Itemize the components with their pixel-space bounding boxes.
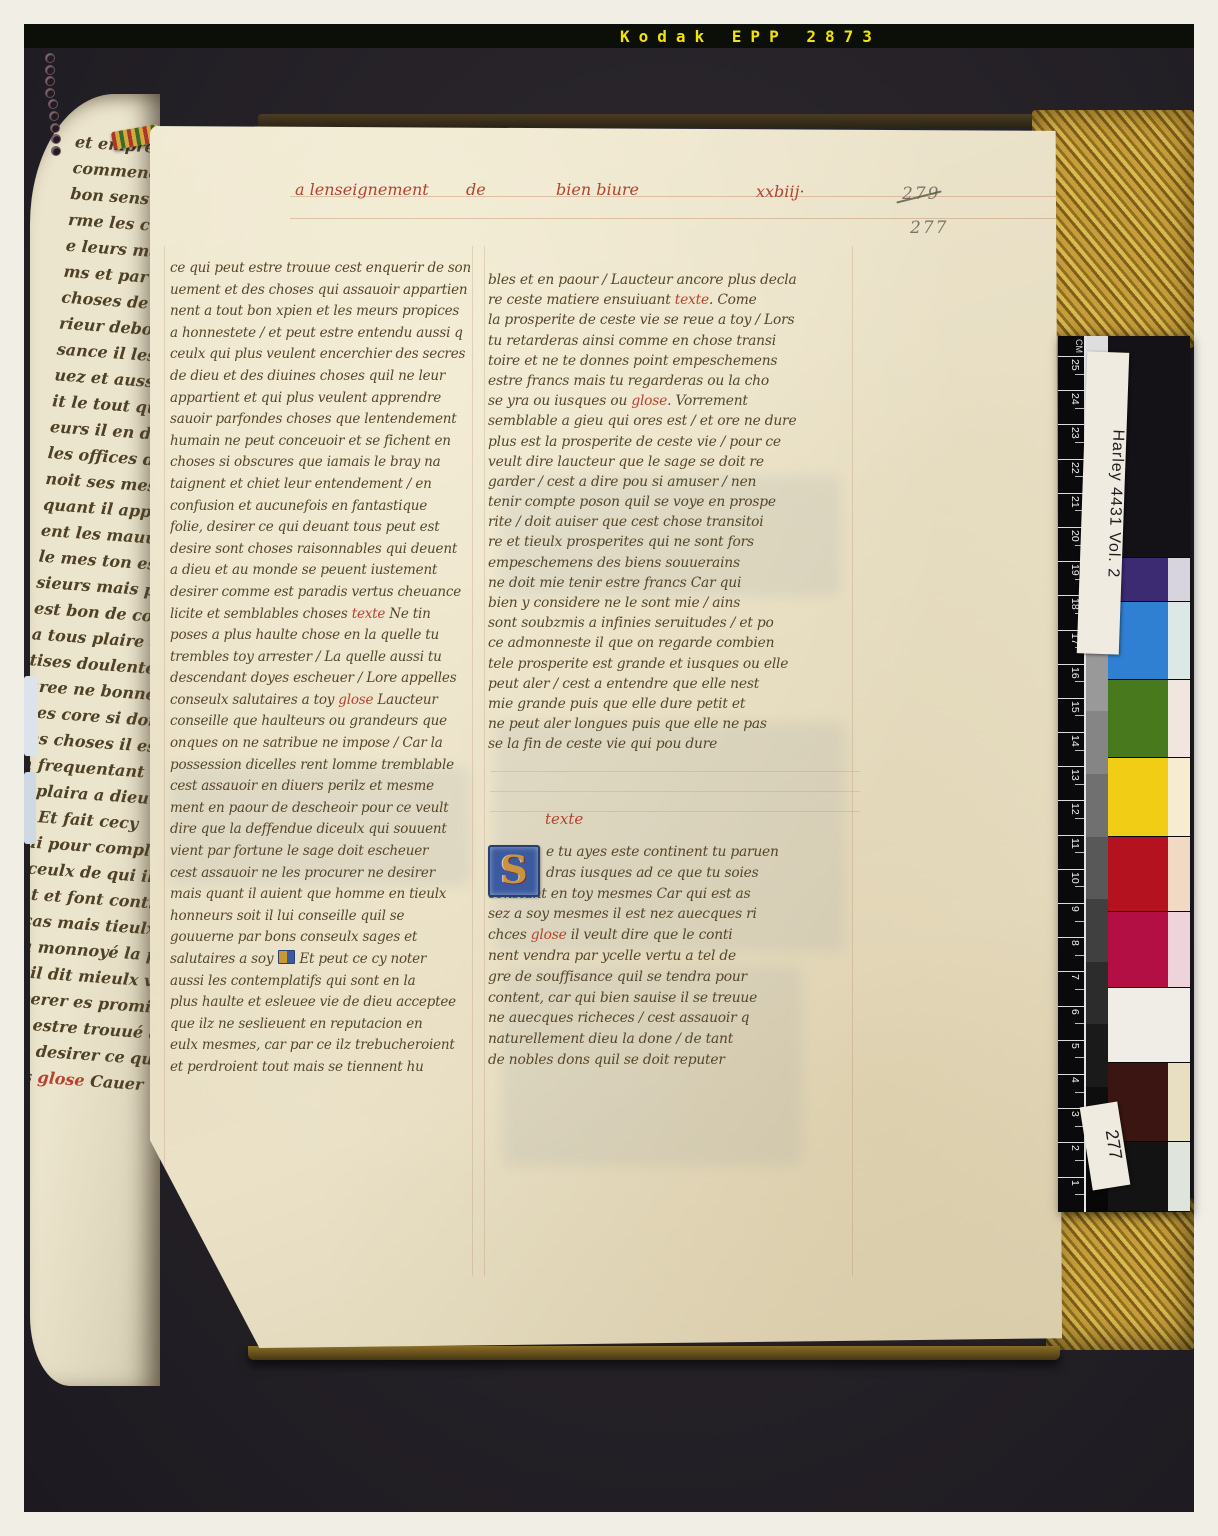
ruler-number: 20: [1069, 530, 1081, 542]
line-text: tele prosperite est grande et iusques ou…: [488, 656, 788, 672]
cm-ruler: CM 2524232221201918171615141312111098765…: [1058, 336, 1086, 1212]
line-text: ceulx qui plus veulent encerchier des se…: [170, 346, 465, 362]
manuscript-line: gre de souffisance quil se tendra pour: [488, 967, 850, 988]
manuscript-line: se la fin de ceste vie qui pou dure: [488, 734, 850, 754]
ruler-half-tick: [1075, 1057, 1084, 1058]
line-text: gouuerne par bons conseulx sages et: [170, 929, 417, 945]
gilt-bottom-edge: [248, 1346, 1060, 1360]
ruler-cm-cell: 24: [1058, 390, 1084, 424]
line-text: rite / doit auiser que cest chose transi…: [488, 514, 764, 530]
manuscript-line: constant en toy mesmes Car qui est as: [488, 884, 850, 905]
line-text: a dieu et au monde se peuent iustement: [170, 562, 437, 578]
manuscript-line: re ceste matiere ensuiuant texte. Come: [488, 290, 850, 310]
ruler-cm-cell: 22: [1058, 459, 1084, 493]
line-text: chces: [488, 927, 531, 943]
manuscript-line: empeschemens des biens souuerains: [488, 553, 850, 573]
line-text: de nobles dons quil se doit reputer: [488, 1052, 725, 1068]
facing-page-edge: et emprendre et qcommencement elbon sens…: [30, 94, 160, 1386]
ruler-number: 5: [1069, 1043, 1081, 1049]
line-text: ne doit mie tenir estre francs Car qui: [488, 575, 741, 591]
ruler-cm-cell: 7: [1058, 971, 1084, 1005]
line-text: ce qui peut estre trouue cest enquerir d…: [170, 260, 470, 276]
ruler-number: 16: [1069, 667, 1081, 679]
paraph-mark-icon: [278, 950, 295, 964]
manuscript-line: dras iusques ad ce que tu soies: [488, 863, 850, 884]
film-strip-bar: Kodak EPP 2873: [24, 24, 1194, 49]
ruler-number: 9: [1069, 906, 1081, 912]
line-text: salutaires a soy: [170, 951, 277, 967]
line-text: la prosperite de ceste vie se reue a toy…: [488, 312, 794, 328]
ruler-cm-cell: 16: [1058, 664, 1084, 698]
manuscript-line: sez a soy mesmes il est nez auecques ri: [488, 904, 850, 925]
line-text: estre francs mais tu regarderas ou la ch…: [488, 373, 769, 389]
manuscript-line: taignent et chiet leur entendement / en: [170, 474, 470, 496]
color-patch-green: [1108, 680, 1168, 758]
line-text: tenir compte poson quil se voye en prosp…: [488, 494, 776, 510]
ruler-half-tick: [1075, 921, 1084, 922]
column-ruling: [484, 246, 485, 1276]
manuscript-line: tu retarderas ainsi comme en chose trans…: [488, 331, 850, 351]
pastel-patch-peach: [1168, 837, 1190, 912]
ruler-cm-cell: 9: [1058, 903, 1084, 937]
manuscript-page: a lenseignement de bien biure xxbiij· 27…: [150, 126, 1062, 1348]
manuscript-line: ceulx qui plus veulent encerchier des se…: [170, 344, 470, 366]
line-text: re ceste matiere ensuiuant: [488, 292, 675, 308]
pastel-patch-pale-blue: [1168, 602, 1190, 680]
illuminated-initial-s: S: [488, 845, 540, 897]
line-text: cest assauoir en diuers perilz et mesme: [170, 778, 434, 794]
ruler-half-tick: [1075, 681, 1084, 682]
line-text: Cauer: [84, 1071, 144, 1094]
rubric-word: glose: [338, 692, 373, 708]
ruler-half-tick: [1075, 784, 1084, 785]
manuscript-line: semblable a gieu qui ores est / et ore n…: [488, 411, 850, 431]
line-text: taignent et chiet leur entendement / en: [170, 476, 432, 492]
pastel-patch-pale-pink-white: [1168, 680, 1190, 758]
gold-fore-edge-bottom: [1046, 1198, 1194, 1350]
manuscript-line: aussi les contemplatifs qui sont en la: [170, 971, 470, 993]
line-text: plus haulte et esleuee vie de dieu accep…: [170, 994, 456, 1010]
pastel-patch-pale-lavender: [1168, 558, 1190, 602]
ruler-number: 22: [1069, 462, 1081, 474]
ruler-number: 10: [1069, 872, 1081, 884]
line-text: aussi les contemplatifs qui sont en la: [170, 973, 415, 989]
manuscript-line: toire et ne te donnes point empeschemens: [488, 351, 850, 371]
line-text: appartient et qui plus veulent apprendre: [170, 390, 441, 406]
ruler-cm-cell: 11: [1058, 835, 1084, 869]
manuscript-line: poses a plus haulte chose en la quelle t…: [170, 625, 470, 647]
color-patch-yellow: [1108, 758, 1168, 837]
grayscale-step: [1086, 1024, 1108, 1087]
manuscript-line: vient par fortune le sage doit escheuer: [170, 841, 470, 863]
line-text: re et tieulx prosperites qui ne sont for…: [488, 534, 754, 550]
color-patch-crimson: [1108, 912, 1168, 988]
manuscript-line: confusion et aucunefois en fantastique: [170, 496, 470, 518]
manuscript-line: et perdroient tout mais se tiennent hu: [170, 1057, 470, 1079]
line-text: mais quant il auient que homme en tieulx: [170, 886, 446, 902]
line-text: eulx mesmes, car par ce ilz trebucheroie…: [170, 1037, 455, 1053]
line-text: se la fin de ceste vie qui pou dure: [488, 736, 717, 752]
grayscale-step: [1086, 962, 1108, 1025]
ruler-number: 13: [1069, 769, 1081, 781]
line-text: Et peut ce cy noter: [299, 951, 426, 967]
ruler-cm-cell: 1: [1058, 1177, 1084, 1211]
ruler-half-tick: [1075, 989, 1084, 990]
line-text: gre de souffisance quil se tendra pour: [488, 969, 747, 985]
ruler-half-tick: [1075, 1023, 1084, 1024]
manuscript-line: a honnestete / et peut estre entendu aus…: [170, 323, 470, 345]
ruler-cm-cell: 14: [1058, 732, 1084, 766]
ruler-number: 8: [1069, 940, 1081, 946]
manuscript-line: sauoir parfondes choses que lentendement: [170, 409, 470, 431]
ruler-cm-cell: 23: [1058, 424, 1084, 458]
running-title-part: xxbiij·: [756, 182, 805, 201]
bead: [46, 66, 54, 74]
color-patch-red: [1108, 837, 1168, 912]
ruler-half-tick: [1075, 408, 1084, 409]
grayscale-step: [1086, 774, 1108, 837]
manuscript-line: chces glose il veult dire que le conti: [488, 925, 850, 946]
ruler-half-tick: [1075, 1160, 1084, 1161]
line-text: . Vorrement: [667, 393, 748, 409]
line-text: peut aler / cest a entendre que elle nes…: [488, 676, 759, 692]
ruler-half-tick: [1075, 1194, 1084, 1195]
manuscript-line: salutaires a soy Et peut ce cy noter: [170, 949, 470, 971]
line-text: ne auecques richeces / cest assauoir q: [488, 1010, 749, 1026]
manuscript-line: dire que la deffendue diceulx qui souuen…: [170, 819, 470, 841]
line-text: cest assauoir ne les procurer ne desirer: [170, 865, 435, 881]
bead: [46, 89, 54, 97]
line-text: Ne tin: [385, 606, 430, 622]
ruler-number: 4: [1069, 1077, 1081, 1083]
line-text: Laucteur: [373, 692, 437, 708]
folio-number-current: 277: [910, 218, 948, 238]
line-text: bles et en paour / Laucteur ancore plus …: [488, 272, 797, 288]
line-text: conseille que haulteurs ou grandeurs que: [170, 713, 447, 729]
line-text: plus est la prosperite de ceste vie / po…: [488, 434, 781, 450]
manuscript-line: onques on ne satribue ne impose / Car la: [170, 733, 470, 755]
line-text: ce admonneste il que on regarde combien: [488, 635, 774, 651]
running-title-part: de: [466, 180, 486, 199]
manuscript-line: nent vendra par ycelle vertu a tel de: [488, 946, 850, 967]
line-text: e tu ayes este continent tu paruen: [546, 844, 779, 860]
pastel-patch-pale-gray-green: [1168, 1142, 1190, 1212]
manuscript-line: naturellement dieu la done / de tant: [488, 1029, 850, 1050]
ruler-half-tick: [1075, 750, 1084, 751]
line-text: . Come: [709, 292, 757, 308]
ruler-number: 3: [1069, 1111, 1081, 1117]
line-text: conseulx salutaires a toy: [170, 692, 338, 708]
ruler-number: 24: [1069, 393, 1081, 405]
column-ruling: [472, 246, 473, 1276]
manuscript-line: e tu ayes este continent tu paruen: [488, 842, 850, 863]
manuscript-line: veult dire laucteur que le sage se doit …: [488, 452, 850, 472]
manuscript-line: plus haulte et esleuee vie de dieu accep…: [170, 992, 470, 1014]
manuscript-line: tele prosperite est grande et iusques ou…: [488, 654, 850, 674]
ruler-number: 23: [1069, 427, 1081, 439]
manuscript-line: que ilz ne seslieuent en reputacion en: [170, 1014, 470, 1036]
text-column-right: bles et en paour / Laucteur ancore plus …: [488, 270, 850, 755]
line-text: humain ne peut conceuoir et se fichent e…: [170, 433, 451, 449]
manuscript-line: de nobles dons quil se doit reputer: [488, 1050, 850, 1071]
line-text: possession dicelles rent lomme tremblabl…: [170, 757, 454, 773]
ruler-cm-cell: 4: [1058, 1074, 1084, 1108]
line-text: content, car qui bien sauise il se treuu…: [488, 990, 757, 1006]
line-text: semblable a gieu qui ores est / et ore n…: [488, 413, 796, 429]
ruler-cm-cell: 12: [1058, 800, 1084, 834]
line-text: descendant doyes escheuer / Lore appelle…: [170, 670, 456, 686]
line-text: il veult dire que le conti: [567, 927, 733, 943]
manuscript-line: a dieu et au monde se peuent iustement: [170, 560, 470, 582]
kodak-film-label: Kodak EPP 2873: [620, 27, 881, 46]
manuscript-line: peut aler / cest a entendre que elle nes…: [488, 674, 850, 694]
manuscript-line: honneurs soit il lui conseille quil se: [170, 906, 470, 928]
line-text: mie grande puis que elle dure petit et: [488, 696, 745, 712]
manuscript-line: humain ne peut conceuoir et se fichent e…: [170, 431, 470, 453]
line-text: empeschemens des biens souuerains: [488, 555, 740, 571]
line-text: bien y considere ne le sont mie / ains: [488, 595, 740, 611]
rubric-word: glose: [631, 393, 667, 409]
ruler-cm-cell: 5: [1058, 1040, 1084, 1074]
manuscript-line: desirer comme est paradis vertus cheuanc…: [170, 582, 470, 604]
ruler-number: 12: [1069, 803, 1081, 815]
running-title-part: bien biure: [556, 180, 639, 199]
ruler-number: 2: [1069, 1145, 1081, 1151]
manuscript-line: trembles toy arrester / La quelle aussi …: [170, 647, 470, 669]
manuscript-line: descendant doyes escheuer / Lore appelle…: [170, 668, 470, 690]
line-text: nent a tout bon xpien et les meurs propi…: [170, 303, 459, 319]
manuscript-line: choses si obscures que iamais le bray na: [170, 452, 470, 474]
ruler-number: 21: [1069, 496, 1081, 508]
line-text: uement et des choses qui assauoir appart…: [170, 282, 467, 298]
manuscript-line: ment en paour de descheoir pour ce veult: [170, 798, 470, 820]
ruler-half-tick: [1075, 852, 1084, 853]
bead: [46, 54, 54, 62]
ruler-number: 14: [1069, 735, 1081, 747]
line-text: que ilz ne seslieuent en reputacion en: [170, 1016, 423, 1032]
ruler-number: 15: [1069, 701, 1081, 713]
ruler-unit-label: CM: [1058, 336, 1084, 356]
line-text: et perdroient tout mais se tiennent hu: [170, 1059, 424, 1075]
pastel-patch-white: [1168, 988, 1190, 1063]
column-ruling: [164, 246, 165, 1276]
book-top-edge: [258, 114, 1040, 127]
color-control-bar: CM 2524232221201918171615141312111098765…: [1058, 336, 1190, 1212]
line-text: choses si obscures que iamais le bray na: [170, 454, 440, 470]
grayscale-step: [1086, 711, 1108, 774]
line-text: vient par fortune le sage doit escheuer: [170, 843, 428, 859]
pastel-patch-black: [1168, 336, 1190, 558]
line-text: veult dire laucteur que le sage se doit …: [488, 454, 764, 470]
line-text: onques on ne satribue ne impose / Car la: [170, 735, 443, 751]
ruler-half-tick: [1075, 442, 1084, 443]
manuscript-line: tenir compte poson quil se voye en prosp…: [488, 492, 850, 512]
manuscript-line: licite et semblables choses texte Ne tin: [170, 604, 470, 626]
facing-page-text: et emprendre et qcommencement elbon sens…: [30, 129, 160, 1101]
manuscript-line: la prosperite de ceste vie se reue a toy…: [488, 310, 850, 330]
manuscript-line: conseulx salutaires a toy glose Laucteur: [170, 690, 470, 712]
manuscript-line: possession dicelles rent lomme tremblabl…: [170, 755, 470, 777]
line-text: de dieu et des diuines choses quil ne le…: [170, 368, 445, 384]
ruler-cm-cell: 6: [1058, 1006, 1084, 1040]
pastel-patch-pale-ivory: [1168, 758, 1190, 837]
line-text: licite et semblables choses: [170, 606, 352, 622]
line-text: ment en paour de descheoir pour ce veult: [170, 800, 448, 816]
line-text: trembles toy arrester / La quelle aussi …: [170, 649, 442, 665]
ruler-half-tick: [1075, 715, 1084, 716]
ruler-cm-cell: 13: [1058, 766, 1084, 800]
manuscript-line: garder / cest a dire pou si amuser / nen: [488, 472, 850, 492]
ruler-cm-cell: 25: [1058, 356, 1084, 390]
line-text: honneurs soit il lui conseille quil se: [170, 908, 404, 924]
line-text: toire et ne te donnes point empeschemens: [488, 353, 777, 369]
manuscript-line: content, car qui bien sauise il se treuu…: [488, 988, 850, 1009]
rubric-word: glose: [531, 927, 567, 943]
ruler-number: 25: [1069, 359, 1081, 371]
manuscript-line: uement et des choses qui assauoir appart…: [170, 280, 470, 302]
line-text: folie, desirer ce qui deuant tous peut e…: [170, 519, 439, 535]
line-text: se yra ou iusques ou: [488, 393, 631, 409]
ruler-number: 1: [1069, 1180, 1081, 1186]
ruler-half-tick: [1075, 886, 1084, 887]
rubric-word: glose: [37, 1068, 86, 1090]
manuscript-line: estre francs mais tu regarderas ou la ch…: [488, 371, 850, 391]
manuscript-line: bien y considere ne le sont mie / ains: [488, 593, 850, 613]
ruler-half-tick: [1075, 1092, 1084, 1093]
rubric-word: texte: [352, 606, 385, 622]
manuscript-line: folie, desirer ce qui deuant tous peut e…: [170, 517, 470, 539]
line-text: Et fait cecy: [37, 807, 139, 833]
bead: [51, 124, 59, 132]
color-patch-white: [1108, 988, 1168, 1063]
line-text: sauoir parfondes choses que lentendement: [170, 411, 456, 427]
pastel-patch-light-pink: [1168, 912, 1190, 988]
manuscript-line: plus est la prosperite de ceste vie / po…: [488, 432, 850, 452]
pastel-patch-beige: [1168, 1063, 1190, 1142]
manuscript-line: ne peut aler longues puis que elle ne pa…: [488, 714, 850, 734]
manuscript-line: gouuerne par bons conseulx sages et: [170, 927, 470, 949]
manuscript-line: conseille que haulteurs ou grandeurs que: [170, 711, 470, 733]
ruler-half-tick: [1075, 818, 1084, 819]
manuscript-line: de dieu et des diuines choses quil ne le…: [170, 366, 470, 388]
line-text: desire sont choses raisonnables qui deue…: [170, 541, 457, 557]
manuscript-line: mie grande puis que elle dure petit et: [488, 694, 850, 714]
ruler-number: 6: [1069, 1009, 1081, 1015]
line-text: confusion et aucunefois en fantastique: [170, 498, 427, 514]
ruler-number: 7: [1069, 974, 1081, 980]
line-text: poses a plus haulte chose en la quelle t…: [170, 627, 439, 643]
rubric-texte: texte: [545, 810, 583, 828]
ruler-cm-cell: 15: [1058, 698, 1084, 732]
manuscript-line: appartient et qui plus veulent apprendre: [170, 388, 470, 410]
manuscript-line: ne auecques richeces / cest assauoir q: [488, 1008, 850, 1029]
line-text: ne peut aler longues puis que elle ne pa…: [488, 716, 767, 732]
initial-paragraph: S e tu ayes este continent tu paruendras…: [488, 842, 850, 1071]
manuscript-line: nent a tout bon xpien et les meurs propi…: [170, 301, 470, 323]
text-column-left: ce qui peut estre trouue cest enquerir d…: [170, 258, 470, 1079]
ruler-cm-cell: 21: [1058, 493, 1084, 527]
bead: [50, 112, 58, 120]
line-text: a honnestete / et peut estre entendu aus…: [170, 325, 463, 341]
rubric-word: texte: [675, 292, 709, 308]
ruler-cm-cell: 8: [1058, 937, 1084, 971]
manuscript-line: sont soubzmis a infinies seruitudes / et…: [488, 613, 850, 633]
running-title-part: a lenseignement: [295, 180, 429, 199]
manuscript-line: ce qui peut estre trouue cest enquerir d…: [170, 258, 470, 280]
manuscript-line: ne doit mie tenir estre francs Car qui: [488, 573, 850, 593]
bead: [52, 135, 60, 143]
manuscript-line: cest assauoir ne les procurer ne desirer: [170, 863, 470, 885]
line-text: sez a soy mesmes il est nez auecques ri: [488, 906, 757, 922]
ruler-number: 11: [1069, 838, 1081, 849]
column-ruling: [852, 246, 853, 1276]
manuscript-line: rite / doit auiser que cest chose transi…: [488, 512, 850, 532]
page-stack-edge: [24, 676, 38, 756]
grayscale-step: [1086, 899, 1108, 962]
line-text: garder / cest a dire pou si amuser / nen: [488, 474, 756, 490]
grayscale-step: [1086, 837, 1108, 900]
manuscript-line: eulx mesmes, car par ce ilz trebucheroie…: [170, 1035, 470, 1057]
line-text: tu retarderas ainsi comme en chose trans…: [488, 333, 776, 349]
pastel-patch-strip: [1168, 336, 1190, 1212]
line-text: naturellement dieu la done / de tant: [488, 1031, 733, 1047]
manuscript-line: bles et en paour / Laucteur ancore plus …: [488, 270, 850, 290]
manuscript-line: cest assauoir en diuers perilz et mesme: [170, 776, 470, 798]
photograph-of-manuscript: Kodak EPP 2873 et emprendre et qcommence…: [0, 0, 1218, 1536]
ruler-cm-cell: 2: [1058, 1142, 1084, 1176]
line-text: nent vendra par ycelle vertu a tel de: [488, 948, 736, 964]
manuscript-line: se yra ou iusques ou glose. Vorrement: [488, 391, 850, 411]
line-text: desirer comme est paradis vertus cheuanc…: [170, 584, 461, 600]
grayscale-step: [1086, 649, 1108, 712]
line-text: dire que la deffendue diceulx qui souuen…: [170, 821, 447, 837]
line-text: sont soubzmis a infinies seruitudes / et…: [488, 615, 774, 631]
manuscript-line: ce admonneste il que on regarde combien: [488, 633, 850, 653]
manuscript-line: desire sont choses raisonnables qui deue…: [170, 539, 470, 561]
ruler-half-tick: [1075, 955, 1084, 956]
ruler-half-tick: [1075, 374, 1084, 375]
line-text: dras iusques ad ce que tu soies: [546, 865, 759, 881]
page-stack-edge: [24, 772, 36, 844]
manuscript-line: mais quant il auient que homme en tieulx: [170, 884, 470, 906]
ruler-cm-cell: 10: [1058, 869, 1084, 903]
manuscript-line: re et tieulx prosperites qui ne sont for…: [488, 532, 850, 552]
